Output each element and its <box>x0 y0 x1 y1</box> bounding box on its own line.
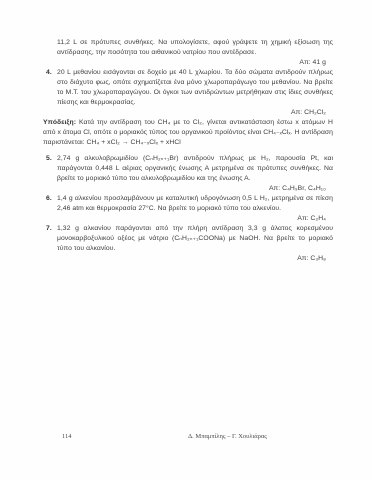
problem-6-number: 6. <box>46 194 57 204</box>
hint-text: Κατά την αντίδραση του CH₄ με το Cl₂, γί… <box>43 119 333 146</box>
problem-6-answer: Απ: C₂H₄ <box>0 214 326 224</box>
footer-authors: Δ. Μπαμπίλης – Γ. Χουλιάρας <box>188 433 267 440</box>
problem-6-text: 1,4 g αλκενίου προσλαμβάνουν με καταλυτι… <box>57 195 333 212</box>
problem-7-text: 1,32 g αλκανίου παράγονται από την πλήρη… <box>57 225 333 252</box>
problem-5: 5.2,74 g αλκυλοβρωμιδίου (CₙH₂ₙ₊₁Br) αντ… <box>46 154 333 184</box>
problem-4-answer: Απ: CH₂Cl₂ <box>0 108 326 118</box>
problem-5-text: 2,74 g αλκυλοβρωμιδίου (CₙH₂ₙ₊₁Br) αντιδ… <box>57 155 333 182</box>
problem-7-number: 7. <box>46 224 57 234</box>
problem-6: 6.1,4 g αλκενίου προσλαμβάνουν με καταλυ… <box>46 194 333 214</box>
problem-3-continuation-text: 11,2 L σε πρότυπες συνθήκες. Να υπολογίσ… <box>57 38 333 58</box>
page-text-block: 11,2 L σε πρότυπες συνθήκες. Να υπολογίσ… <box>0 38 371 264</box>
problem-7: 7.1,32 g αλκανίου παράγονται από την πλή… <box>46 224 333 254</box>
problem-7-answer: Απ: C₃H₈ <box>0 254 326 264</box>
hint-paragraph: Υπόδειξη: Κατά την αντίδραση του CH₄ με … <box>43 118 333 148</box>
problem-4-text: 20 L μεθανίου εισάγονται σε δοχείο με 40… <box>57 69 333 106</box>
problem-5-number: 5. <box>46 154 57 164</box>
problem-4-number: 4. <box>46 68 57 78</box>
footer-page-number: 114 <box>62 433 72 440</box>
document-page: 11,2 L σε πρότυπες συνθήκες. Να υπολογίσ… <box>0 0 371 480</box>
hint-label: Υπόδειξη: <box>43 119 76 126</box>
problem-3-answer: Απ: 41 g <box>0 58 326 68</box>
problem-5-answer: Απ: C₄H₉Br, C₄H₁₀ <box>0 184 326 194</box>
problem-4: 4.20 L μεθανίου εισάγονται σε δοχείο με … <box>46 68 333 108</box>
